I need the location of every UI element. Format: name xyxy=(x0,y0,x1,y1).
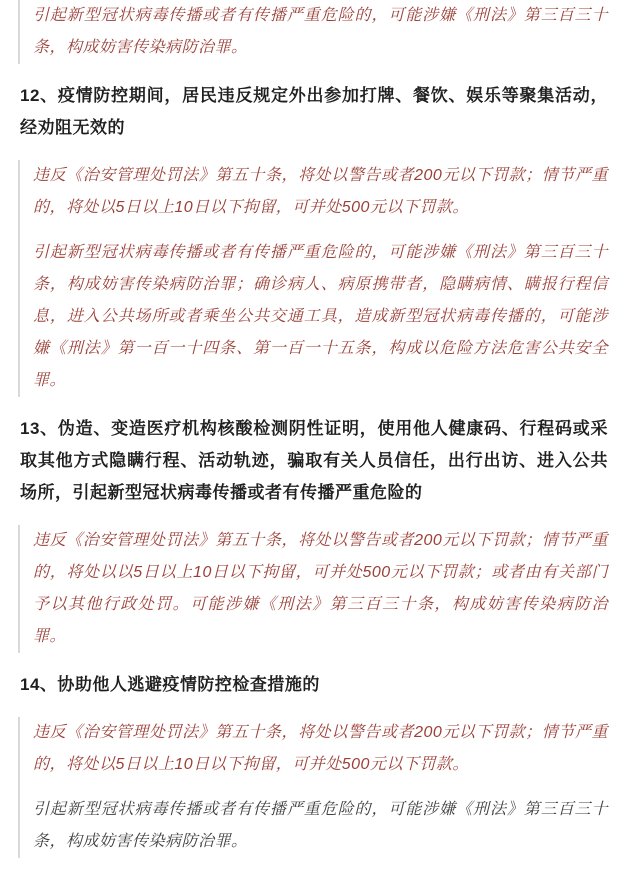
quote-block-section-14: 违反《治安管理处罚法》第五十条，将处以警告或者200元以下罚款；情节严重的，将处… xyxy=(18,717,608,858)
quote-block-section-13: 违反《治安管理处罚法》第五十条，将处以警告或者200元以下罚款；情节严重的，将处… xyxy=(18,525,608,653)
section-heading-12: 12、疫情防控期间，居民违反规定外出参加打牌、餐饮、娱乐等聚集活动，经劝阻无效的 xyxy=(20,80,608,144)
section-heading-14: 14、协助他人逃避疫情防控检查措施的 xyxy=(20,669,608,701)
section-heading-13: 13、伪造、变造医疗机构核酸检测阴性证明，使用他人健康码、行程码或采取其他方式隐… xyxy=(20,413,608,509)
quote-paragraph-secondary: 引起新型冠状病毒传播或者有传播严重危险的，可能涉嫌《刑法》第三百三十条，构成妨害… xyxy=(33,794,608,858)
quote-paragraph: 引起新型冠状病毒传播或者有传播严重危险的，可能涉嫌《刑法》第三百三十条，构成妨害… xyxy=(33,237,608,397)
quote-paragraph: 引起新型冠状病毒传播或者有传播严重危险的，可能涉嫌《刑法》第三百三十条，构成妨害… xyxy=(33,0,608,64)
quote-block-section-12: 违反《治安管理处罚法》第五十条，将处以警告或者200元以下罚款；情节严重的，将处… xyxy=(18,160,608,397)
quote-block-intro: 引起新型冠状病毒传播或者有传播严重危险的，可能涉嫌《刑法》第三百三十条，构成妨害… xyxy=(18,0,608,64)
quote-paragraph: 违反《治安管理处罚法》第五十条，将处以警告或者200元以下罚款；情节严重的，将处… xyxy=(33,525,608,653)
quote-paragraph: 违反《治安管理处罚法》第五十条，将处以警告或者200元以下罚款；情节严重的，将处… xyxy=(33,717,608,781)
quote-paragraph: 违反《治安管理处罚法》第五十条，将处以警告或者200元以下罚款；情节严重的，将处… xyxy=(33,160,608,224)
article-page: 引起新型冠状病毒传播或者有传播严重危险的，可能涉嫌《刑法》第三百三十条，构成妨害… xyxy=(0,0,633,869)
